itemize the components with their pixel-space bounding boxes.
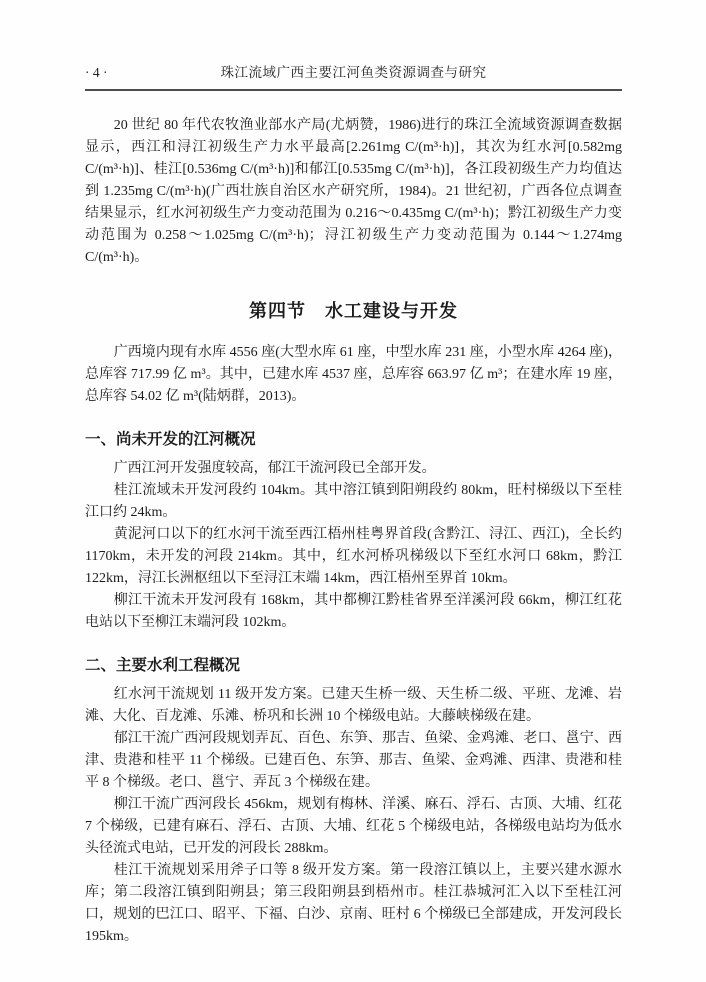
page-header: · 4 · 珠江流域广西主要江河鱼类资源调查与研究 (85, 64, 622, 82)
subsection-water-projects-heading: 二、主要水利工程概况 (85, 653, 622, 675)
header-rule (85, 89, 622, 91)
paragraph-liujiang-undeveloped: 柳江干流未开发河段有 168km，其中都柳江黔桂省界至洋溪河段 66km，柳江红… (85, 590, 622, 634)
intro-paragraph: 20 世纪 80 年代农牧渔业部水产局(尤炳赞，1986)进行的珠江全流域资源调… (85, 115, 622, 269)
paragraph-yujiang-projects: 郁江干流广西河段规划弄瓦、百色、东笋、那吉、鱼梁、金鸡滩、老口、邕宁、西津、贵港… (85, 728, 622, 794)
paragraph-guijiang-projects: 桂江干流规划采用斧子口等 8 级开发方案。第一段溶江镇以上，主要兴建水源水库；第… (85, 860, 622, 948)
paragraph-hongshuihe-projects: 红水河干流规划 11 级开发方案。已建天生桥一级、天生桥二级、平班、龙滩、岩滩、… (85, 684, 622, 728)
page-number: · 4 · (85, 64, 155, 82)
paragraph-hongshuihe-undeveloped: 黄泥河口以下的红水河干流至西江梧州桂粤界首段(含黔江、浔江、西江)，全长约 11… (85, 524, 622, 590)
section-title: 第四节 水工建设与开发 (85, 297, 622, 323)
reservoir-overview-paragraph: 广西境内现有水库 4556 座(大型水库 61 座，中型水库 231 座，小型水… (85, 342, 622, 408)
running-title: 珠江流域广西主要江河鱼类资源调查与研究 (155, 64, 552, 82)
paragraph-guijiang-undeveloped: 桂江流域未开发河段约 104km。其中溶江镇到阳朔段约 80km，旺村梯级以下至… (85, 480, 622, 524)
book-page: · 4 · 珠江流域广西主要江河鱼类资源调查与研究 20 世纪 80 年代农牧渔… (0, 0, 706, 982)
subsection-undeveloped-rivers-heading: 一、尚未开发的江河概况 (85, 427, 622, 449)
paragraph-liujiang-projects: 柳江干流广西河段长 456km，规划有梅林、洋溪、麻石、浮石、古顶、大埔、红花 … (85, 794, 622, 860)
paragraph-guangxi-development: 广西江河开发强度较高，郁江干流河段已全部开发。 (85, 458, 622, 480)
